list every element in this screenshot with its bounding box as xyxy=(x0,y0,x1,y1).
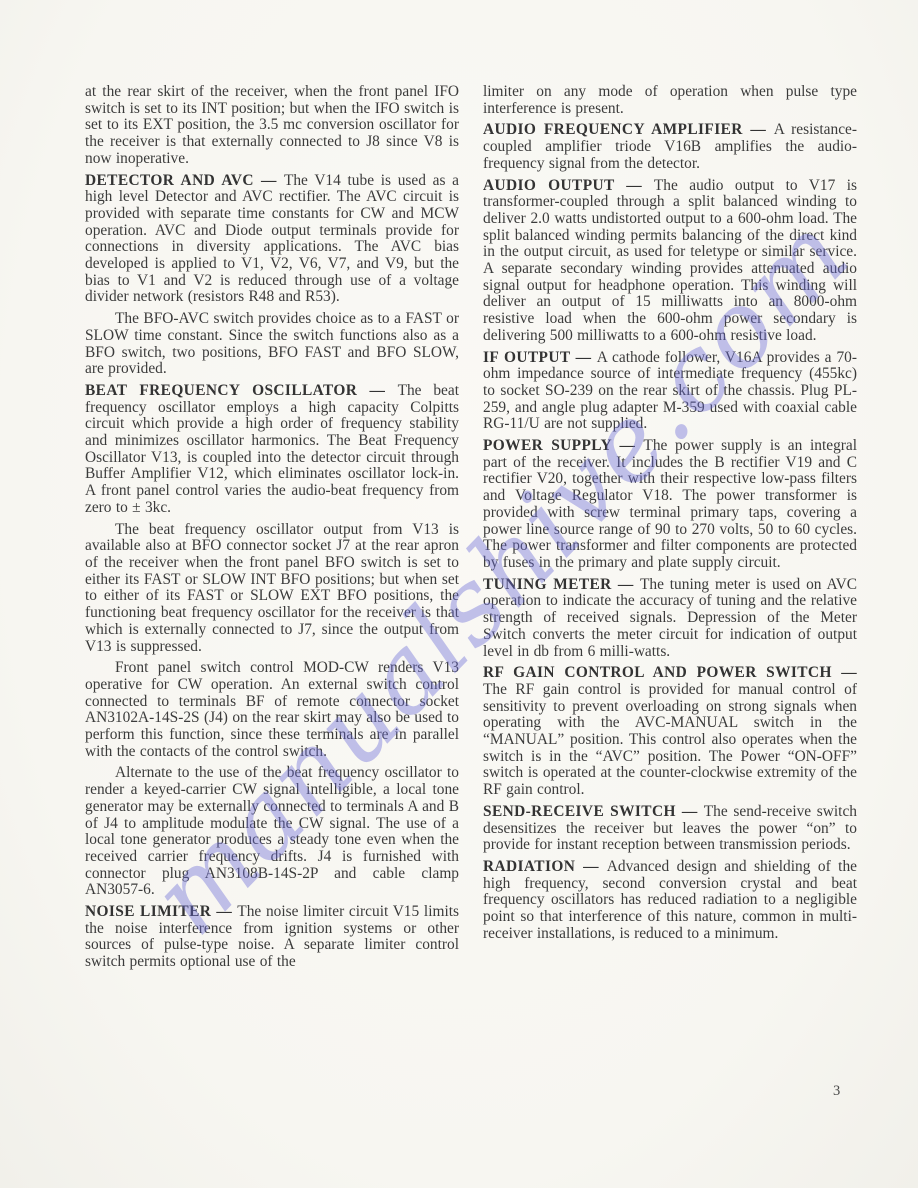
heading-noise-limiter: NOISE LIMITER — xyxy=(85,903,237,920)
paragraph-continuation: limiter on any mode of operation when pu… xyxy=(483,84,857,117)
heading-audio-frequency-amplifier: AUDIO FREQUENCY AMPLIFIER — xyxy=(483,121,774,138)
paragraph-text: The audio output to V17 is transformer-c… xyxy=(483,177,857,344)
paragraph-text: limiter on any mode of operation when pu… xyxy=(483,83,857,117)
paragraph: TUNING METER — The tuning meter is used … xyxy=(483,577,857,661)
right-column: limiter on any mode of operation when pu… xyxy=(483,84,857,976)
paragraph-text: The beat frequency oscillator employs a … xyxy=(85,382,459,516)
paragraph-text: Front panel switch control MOD-CW render… xyxy=(85,659,459,760)
paragraph: SEND-RECEIVE SWITCH — The send-receive s… xyxy=(483,804,857,854)
paragraph-text: The RF gain control is provided for manu… xyxy=(483,681,857,798)
heading-if-output: IF OUTPUT — xyxy=(483,349,597,366)
paragraph-text: The beat frequency oscillator output fro… xyxy=(85,521,459,655)
paragraph: The beat frequency oscillator output fro… xyxy=(85,522,459,656)
heading-audio-output: AUDIO OUTPUT — xyxy=(483,177,654,194)
paragraph-text: at the rear skirt of the receiver, when … xyxy=(85,83,459,167)
paragraph-text: The BFO-AVC switch provides choice as to… xyxy=(85,310,459,377)
paragraph-text: The V14 tube is used as a high level Det… xyxy=(85,172,459,306)
heading-rf-gain-control-and-power-switch: RF GAIN CONTROL AND POWER SWITCH — xyxy=(483,664,857,681)
paragraph: Front panel switch control MOD-CW render… xyxy=(85,660,459,760)
paragraph-continuation: at the rear skirt of the receiver, when … xyxy=(85,84,459,168)
page-number: 3 xyxy=(833,1083,840,1100)
paragraph: RF GAIN CONTROL AND POWER SWITCH — The R… xyxy=(483,665,857,799)
heading-send-receive-switch: SEND-RECEIVE SWITCH — xyxy=(483,803,704,820)
paragraph: AUDIO OUTPUT — The audio output to V17 i… xyxy=(483,178,857,345)
paragraph: Alternate to the use of the beat frequen… xyxy=(85,765,459,899)
paragraph: NOISE LIMITER — The noise limiter circui… xyxy=(85,904,459,971)
paragraph: AUDIO FREQUENCY AMPLIFIER — A resistance… xyxy=(483,122,857,172)
paragraph: IF OUTPUT — A cathode follower, V16A pro… xyxy=(483,350,857,434)
paragraph: DETECTOR AND AVC — The V14 tube is used … xyxy=(85,173,459,307)
paragraph: RADIATION — Advanced design and shieldin… xyxy=(483,859,857,943)
document-page: at the rear skirt of the receiver, when … xyxy=(0,0,918,1188)
paragraph: The BFO-AVC switch provides choice as to… xyxy=(85,311,459,378)
paragraph-text: The power supply is an integral part of … xyxy=(483,437,857,571)
left-column: at the rear skirt of the receiver, when … xyxy=(85,84,459,976)
paragraph: POWER SUPPLY — The power supply is an in… xyxy=(483,438,857,572)
heading-beat-frequency-oscillator: BEAT FREQUENCY OSCILLATOR — xyxy=(85,382,398,399)
paragraph: BEAT FREQUENCY OSCILLATOR — The beat fre… xyxy=(85,383,459,517)
heading-detector-and-avc: DETECTOR AND AVC — xyxy=(85,172,284,189)
heading-tuning-meter: TUNING METER — xyxy=(483,576,640,593)
paragraph-text: Alternate to the use of the beat frequen… xyxy=(85,764,459,898)
heading-power-supply: POWER SUPPLY — xyxy=(483,437,643,454)
text-columns: at the rear skirt of the receiver, when … xyxy=(85,84,857,976)
heading-radiation: RADIATION — xyxy=(483,858,607,875)
